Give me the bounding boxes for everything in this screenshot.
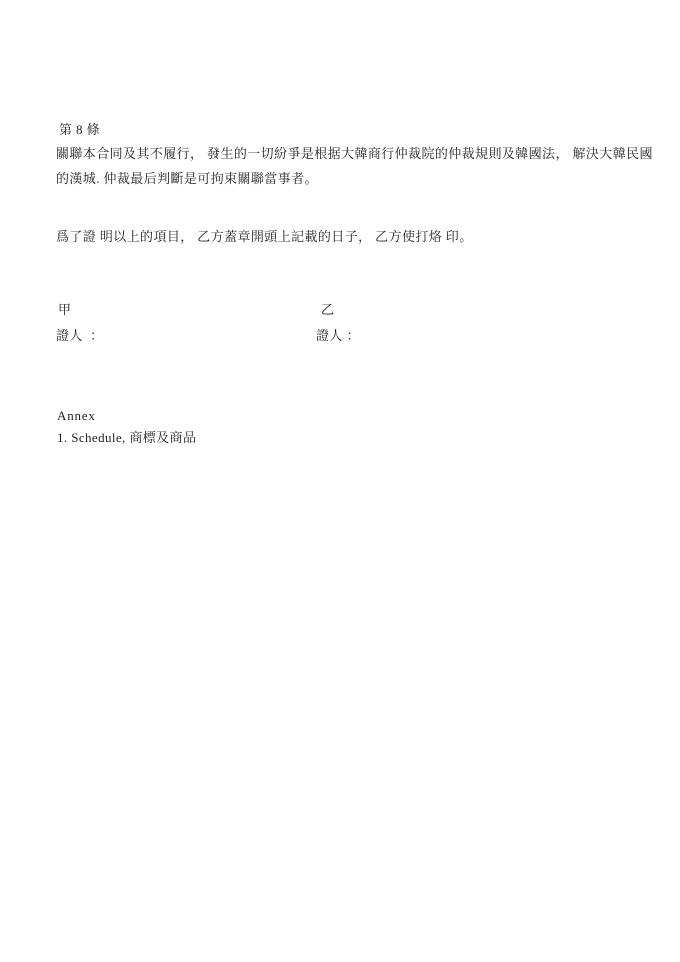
annex-title: Annex [57,407,96,425]
arbitration-clause-line-2: 的漢城. 仲裁最后判斷是可拘束關聯當事者。 [56,166,318,191]
annex-item-1: 1. Schedule, 商標及商品 [57,429,196,447]
arbitration-clause-line-1: 關聯本合同及其不履行， 發生的一切紛爭是根据大韓商行仲裁院的仲裁規則及韓國法， … [56,141,653,166]
witness-left-label: 證人 ： [56,327,104,345]
article-heading: 第 8 條 [59,121,100,139]
attestation-sentence: 爲了證 明以上的項目， 乙方蓋章開頭上記載的日子， 乙方使打烙 印。 [56,228,473,246]
witness-right-label: 證人 ： [316,327,360,345]
party-a-label: 甲 [58,301,71,319]
party-b-label: 乙 [321,301,334,319]
contract-page: 第 8 條 關聯本合同及其不履行， 發生的一切紛爭是根据大韓商行仲裁院的仲裁規則… [0,0,680,962]
